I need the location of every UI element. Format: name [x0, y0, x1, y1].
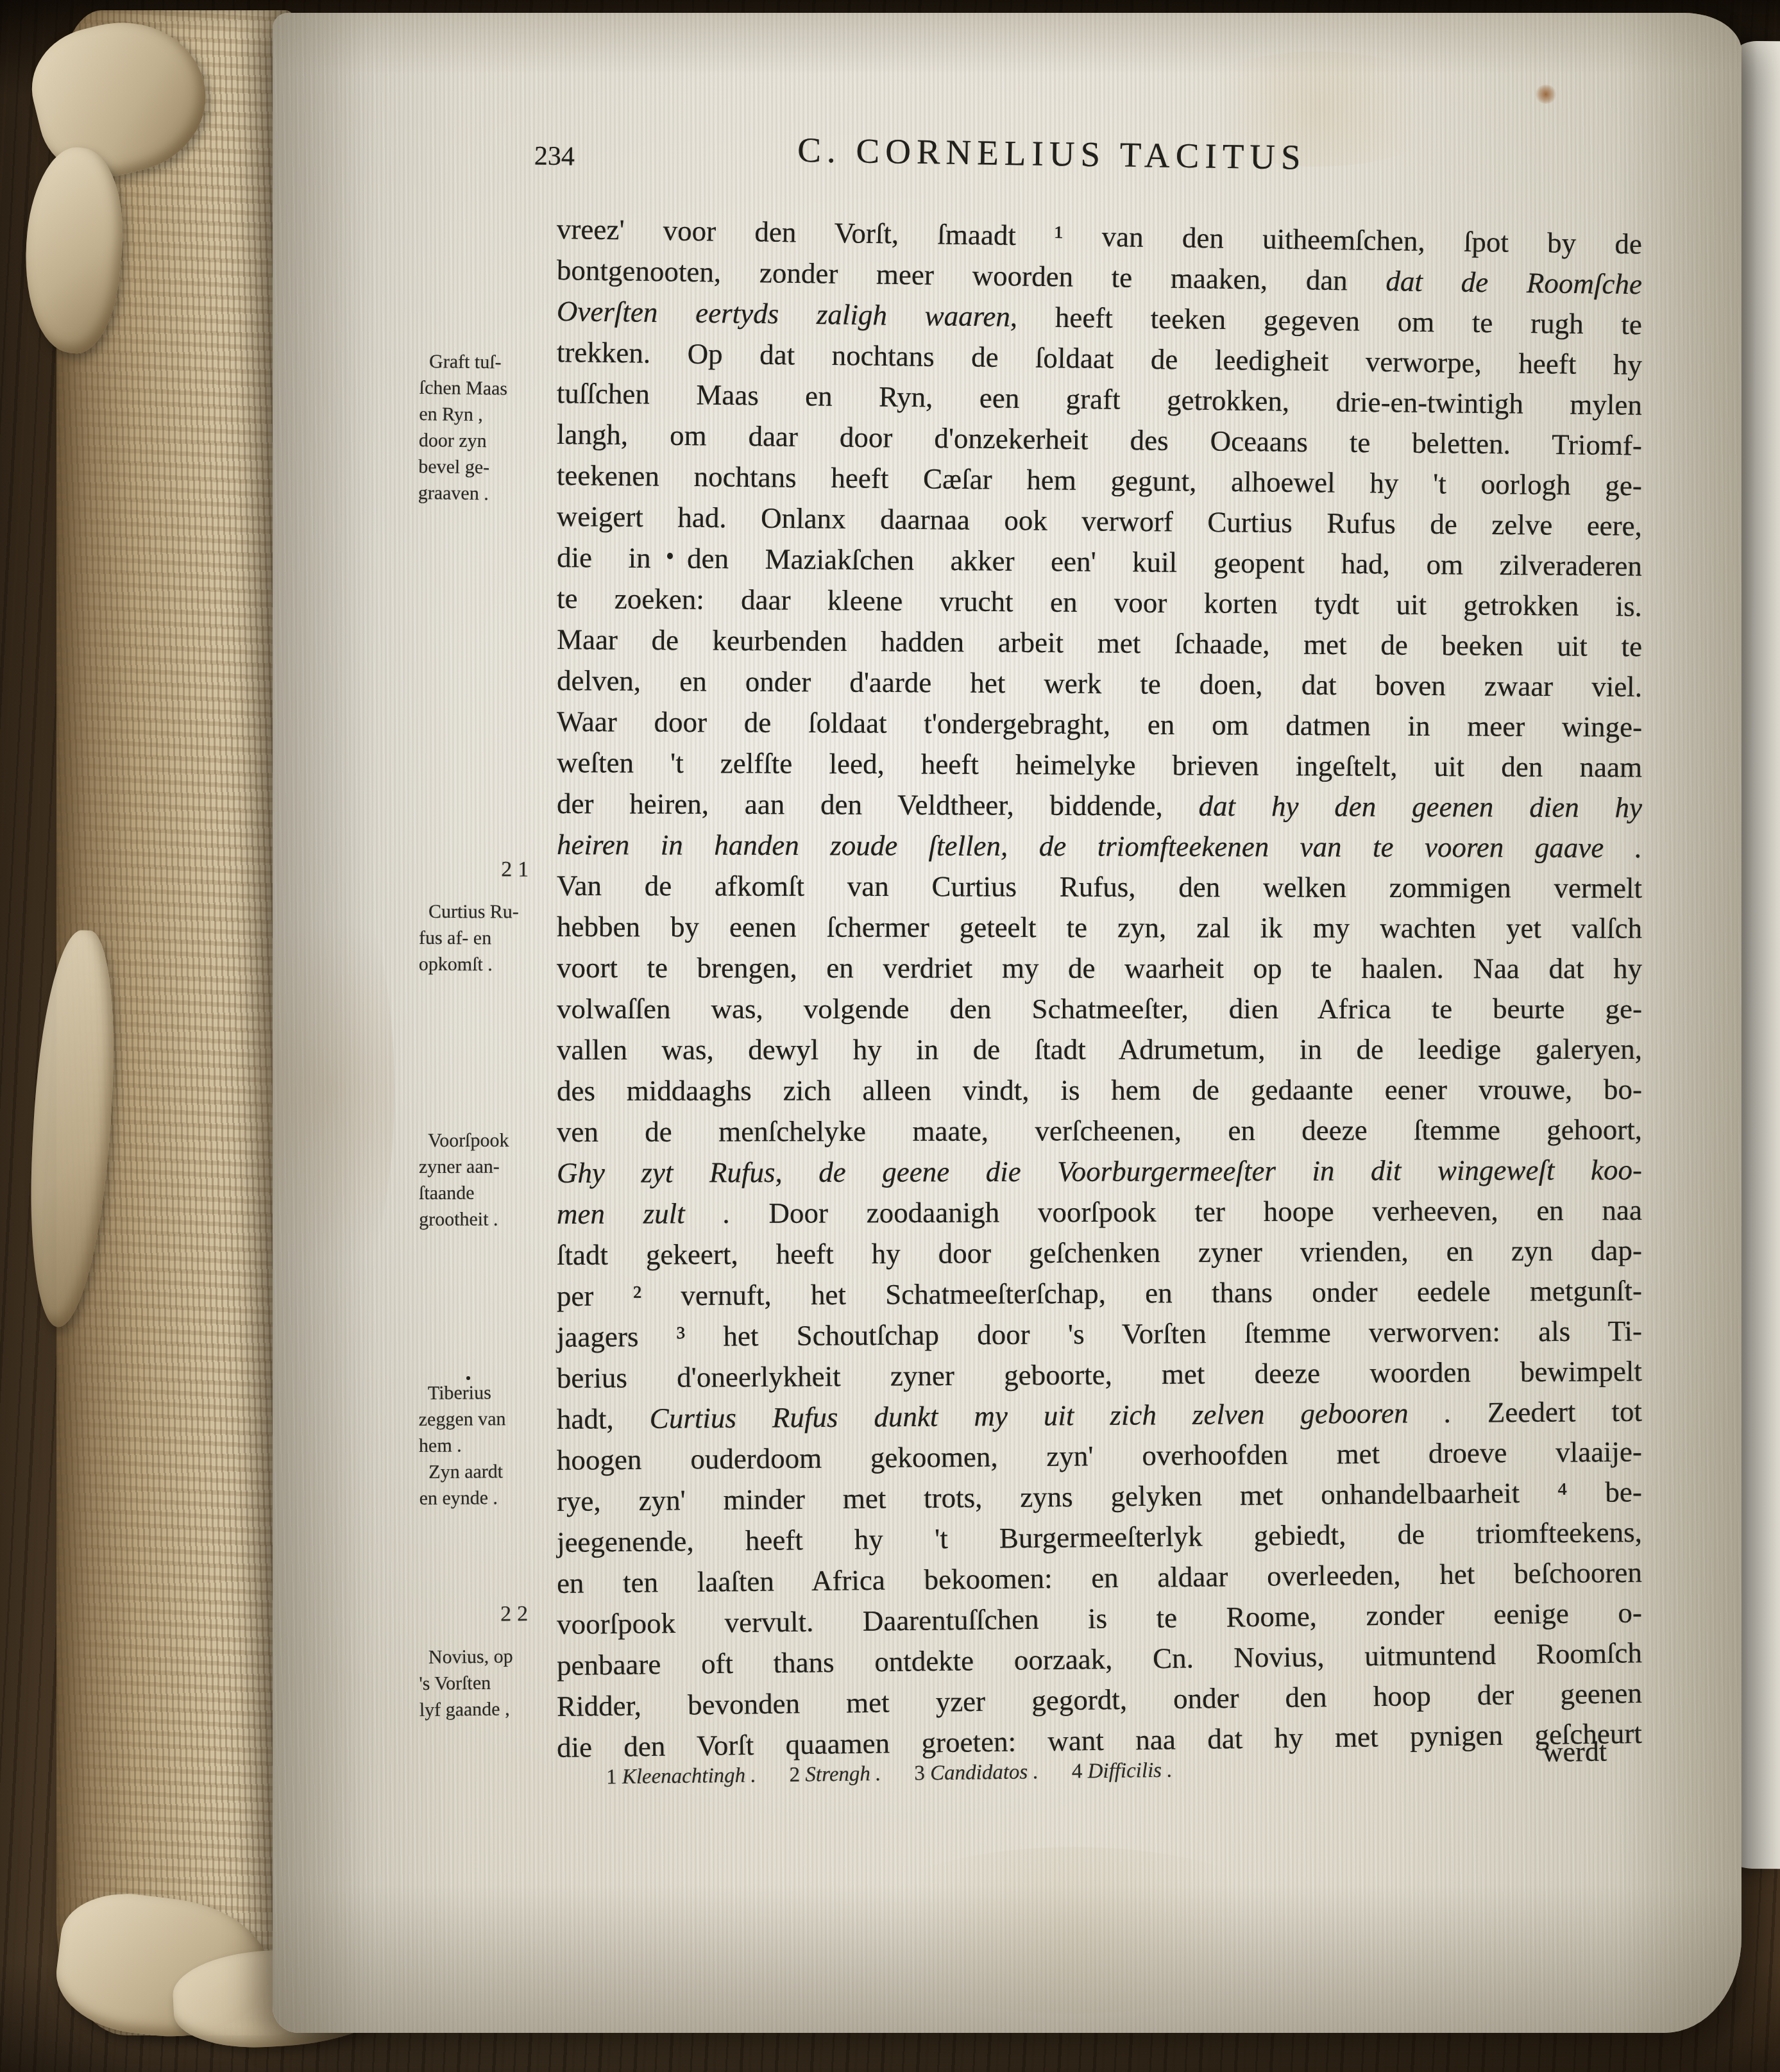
text-run: der heiren, aan den Veldtheer, biddende,: [557, 788, 1199, 822]
margin-note: Tiberiuszeggen vanhem . Zyn aardten eynd…: [418, 1379, 552, 1512]
margin-note-line: grootheit .: [419, 1206, 552, 1233]
body-line: der heiren, aan den Veldtheer, biddende,…: [557, 783, 1642, 828]
body-text-column: vreez' voor den Vorſt, ſmaadt ¹ van den …: [557, 208, 1642, 1768]
text-run: Van de afkomſt van Curtius Rufus, den we…: [557, 870, 1642, 904]
margin-note-line: Tiberius: [418, 1379, 552, 1406]
footnote-item: 2 Strengh .: [790, 1762, 881, 1787]
margin-note-line: lyf gaande ,: [420, 1696, 553, 1723]
text-run: jaagers ³ het Schoutſchap door 's Vorſte…: [557, 1315, 1642, 1353]
margin-note: 21 Curtius Ru-fus af- enopkomſt .: [419, 856, 552, 978]
body-line: per ² vernuft, het Schatmeeſterſchap, en…: [557, 1270, 1642, 1317]
margin-note-line: door zyn: [419, 427, 552, 455]
photograph-of-open-book: { "page": { "number": "234", "running_ti…: [0, 0, 1780, 2072]
body-line: delven, en onder d'aarde het werk te doe…: [557, 660, 1642, 707]
text-run: Maar de keurbenden hadden arbeit met ſch…: [557, 623, 1642, 662]
text-run: voort te brengen, en verdriet my de waar…: [557, 952, 1642, 984]
text-run: Waar door de ſoldaat t'ondergebraght, en…: [557, 705, 1642, 743]
footnote-item: 1 Kleenachtingh .: [606, 1764, 756, 1790]
text-run: teekenen nochtans heeft Cæſar hem gegunt…: [557, 459, 1642, 501]
text-run: langh, om daar door d'onzekerheit des Oc…: [557, 418, 1642, 461]
italic-text-run: dat de Roomſche: [1386, 265, 1642, 300]
margin-note-line: Zyn aardt: [419, 1458, 552, 1485]
margin-note-line: Graft tuſ-: [420, 348, 553, 376]
body-line: heiren in handen zoude ſtellen, de triom…: [557, 824, 1642, 868]
italic-text-run: dat hy den geenen dien hy: [1199, 790, 1643, 824]
text-run: per ² vernuft, het Schatmeeſterſchap, en…: [557, 1274, 1642, 1312]
margin-note-line: Curtius Ru-: [419, 898, 552, 925]
text-run: die in den Maziakſchen akker een' kuil g…: [557, 541, 1642, 582]
italic-text-run: Curtius Rufus dunkt my uit zich zelven g…: [650, 1397, 1452, 1435]
margin-note-line: Novius, op: [419, 1643, 552, 1671]
footnote-number: 2: [790, 1764, 806, 1787]
body-line: Waar door de ſoldaat t'ondergebraght, en…: [557, 701, 1642, 748]
italic-text-run: Ghy zyt Rufus, de geene die Voorburgerme…: [557, 1154, 1642, 1189]
margin-note: Graft tuſ-ſchen Maasen Ryn ,door zynbeve…: [418, 348, 554, 507]
margin-note-line: ſchen Maas: [419, 375, 552, 402]
body-line: des middaaghs zich alleen vindt, is hem …: [557, 1069, 1642, 1111]
body-line: jaagers ³ het Schoutſchap door 's Vorſte…: [557, 1310, 1642, 1358]
text-run: weigert had. Onlanx daarnaa ook verworf …: [557, 500, 1642, 542]
italic-text-run: Overſten eertyds zaligh waaren: [557, 295, 1011, 333]
text-run: , heeft teeken gegeven om te rugh te: [1010, 301, 1642, 341]
text-run: vallen was, dewyl hy in de ſtadt Adrumet…: [557, 1033, 1642, 1066]
faint-stain-gutter: [253, 859, 394, 1321]
section-number: 22: [418, 1601, 552, 1628]
text-run: berius d'oneerlykheit zyner geboorte, me…: [557, 1355, 1642, 1394]
text-run: Zeedert tot: [1452, 1395, 1642, 1429]
margin-note-line: graaven .: [418, 480, 552, 507]
margin-note-line: fus af- en: [419, 925, 552, 952]
text-run: delven, en onder d'aarde het werk te doe…: [557, 664, 1642, 703]
footnote-number: 4: [1072, 1760, 1088, 1783]
margin-note: Voorſpookzyner aan-ſtaandegrootheit .: [419, 1127, 552, 1233]
text-run: jeegenende, heeft hy 't Burgermeeſterlyk…: [557, 1516, 1642, 1558]
footnote-word: Strengh .: [805, 1762, 881, 1786]
footnote-word: Difficilis .: [1087, 1759, 1172, 1783]
footnote-item: 4 Difficilis .: [1072, 1759, 1173, 1784]
foxing-stain: [1535, 85, 1557, 104]
margin-note-line: hem .: [419, 1432, 552, 1459]
margin-note-line: opkomſt .: [419, 951, 552, 978]
body-line: men zult . Door zoodaanigh voorſpook ter…: [557, 1190, 1642, 1234]
body-line: ſtadt gekeert, heeft hy door geſchenken …: [557, 1230, 1642, 1276]
footnote-word: Kleenachtingh .: [622, 1764, 756, 1789]
footnote-number: 1: [606, 1765, 622, 1789]
margin-note-line: ſtaande: [419, 1179, 552, 1206]
margin-note-line: en Ryn ,: [419, 401, 552, 428]
body-line: vallen was, dewyl hy in de ſtadt Adrumet…: [557, 1029, 1642, 1070]
body-line: Ghy zyt Rufus, de geene die Voorburgerme…: [557, 1149, 1642, 1193]
footnote-word: Candidatos .: [930, 1760, 1038, 1785]
italic-text-run: men zult .: [557, 1197, 731, 1230]
text-run: tuſſchen Maas en Ryn, een graft getrokke…: [557, 377, 1642, 421]
footnote-number: 3: [914, 1762, 930, 1785]
section-number: 21: [419, 856, 552, 883]
margin-note-line: 's Vorſten: [419, 1669, 552, 1697]
text-run: weſten 't zelfſte leed, heeft heimelyke …: [557, 746, 1642, 784]
text-run: ven de menſchelyke maate, verſcheenen, e…: [557, 1113, 1642, 1148]
margin-note-line: en eynde .: [419, 1485, 552, 1512]
margin-note-line: bevel ge-: [418, 453, 552, 481]
body-line: volwaſſen was, volgende den Schatmeeſter…: [557, 988, 1642, 1029]
text-run: en ten laaſten Africa bekoomen: en aldaa…: [557, 1556, 1642, 1599]
body-line: voort te brengen, en verdriet my de waar…: [557, 947, 1642, 989]
body-line: weſten 't zelfſte leed, heeft heimelyke …: [557, 742, 1642, 788]
italic-text-run: heiren in handen zoude ſtellen, de triom…: [557, 829, 1642, 864]
margin-note-line: Voorſpook: [419, 1127, 552, 1154]
body-line: ven de menſchelyke maate, verſcheenen, e…: [557, 1109, 1642, 1152]
margin-note: 22 Novius, op's Vorſtenlyf gaande ,: [418, 1601, 553, 1723]
body-line: hebben by eenen ſchermer geteelt te zyn,…: [557, 906, 1642, 949]
margin-note-line: zyner aan-: [419, 1153, 552, 1180]
text-run: bontgenooten, zonder meer woorden te maa…: [557, 254, 1386, 297]
text-run: hadt,: [557, 1402, 650, 1435]
text-run: des middaaghs zich alleen vindt, is hem …: [557, 1074, 1642, 1107]
footnote-item: 3 Candidatos .: [914, 1760, 1038, 1785]
body-line: Maar de keurbenden hadden arbeit met ſch…: [557, 619, 1642, 667]
faint-stain-bottom: [850, 1847, 1299, 2014]
body-line: Van de afkomſt van Curtius Rufus, den we…: [557, 865, 1642, 909]
margin-note-line: zeggen van: [419, 1406, 552, 1433]
text-run: ſtadt gekeert, heeft hy door geſchenken …: [557, 1234, 1642, 1271]
text-run: Door zoodaanigh voorſpook ter hoope verh…: [731, 1194, 1642, 1229]
text-run: rye, zyn' minder met trots, zyns gelyken…: [557, 1476, 1642, 1517]
text-run: hebben by eenen ſchermer geteelt te zyn,…: [557, 911, 1642, 945]
text-run: hoogen ouderdoom gekoomen, zyn' overhoof…: [557, 1436, 1642, 1476]
book-page: 234 C. CORNELIUS TACITUS Graft tuſ-ſchen…: [273, 13, 1742, 2033]
text-run: volwaſſen was, volgende den Schatmeeſter…: [557, 993, 1642, 1025]
running-title: C. CORNELIUS TACITUS: [510, 125, 1595, 181]
text-run: te zoeken: daar kleene vrucht en voor ko…: [557, 582, 1642, 622]
